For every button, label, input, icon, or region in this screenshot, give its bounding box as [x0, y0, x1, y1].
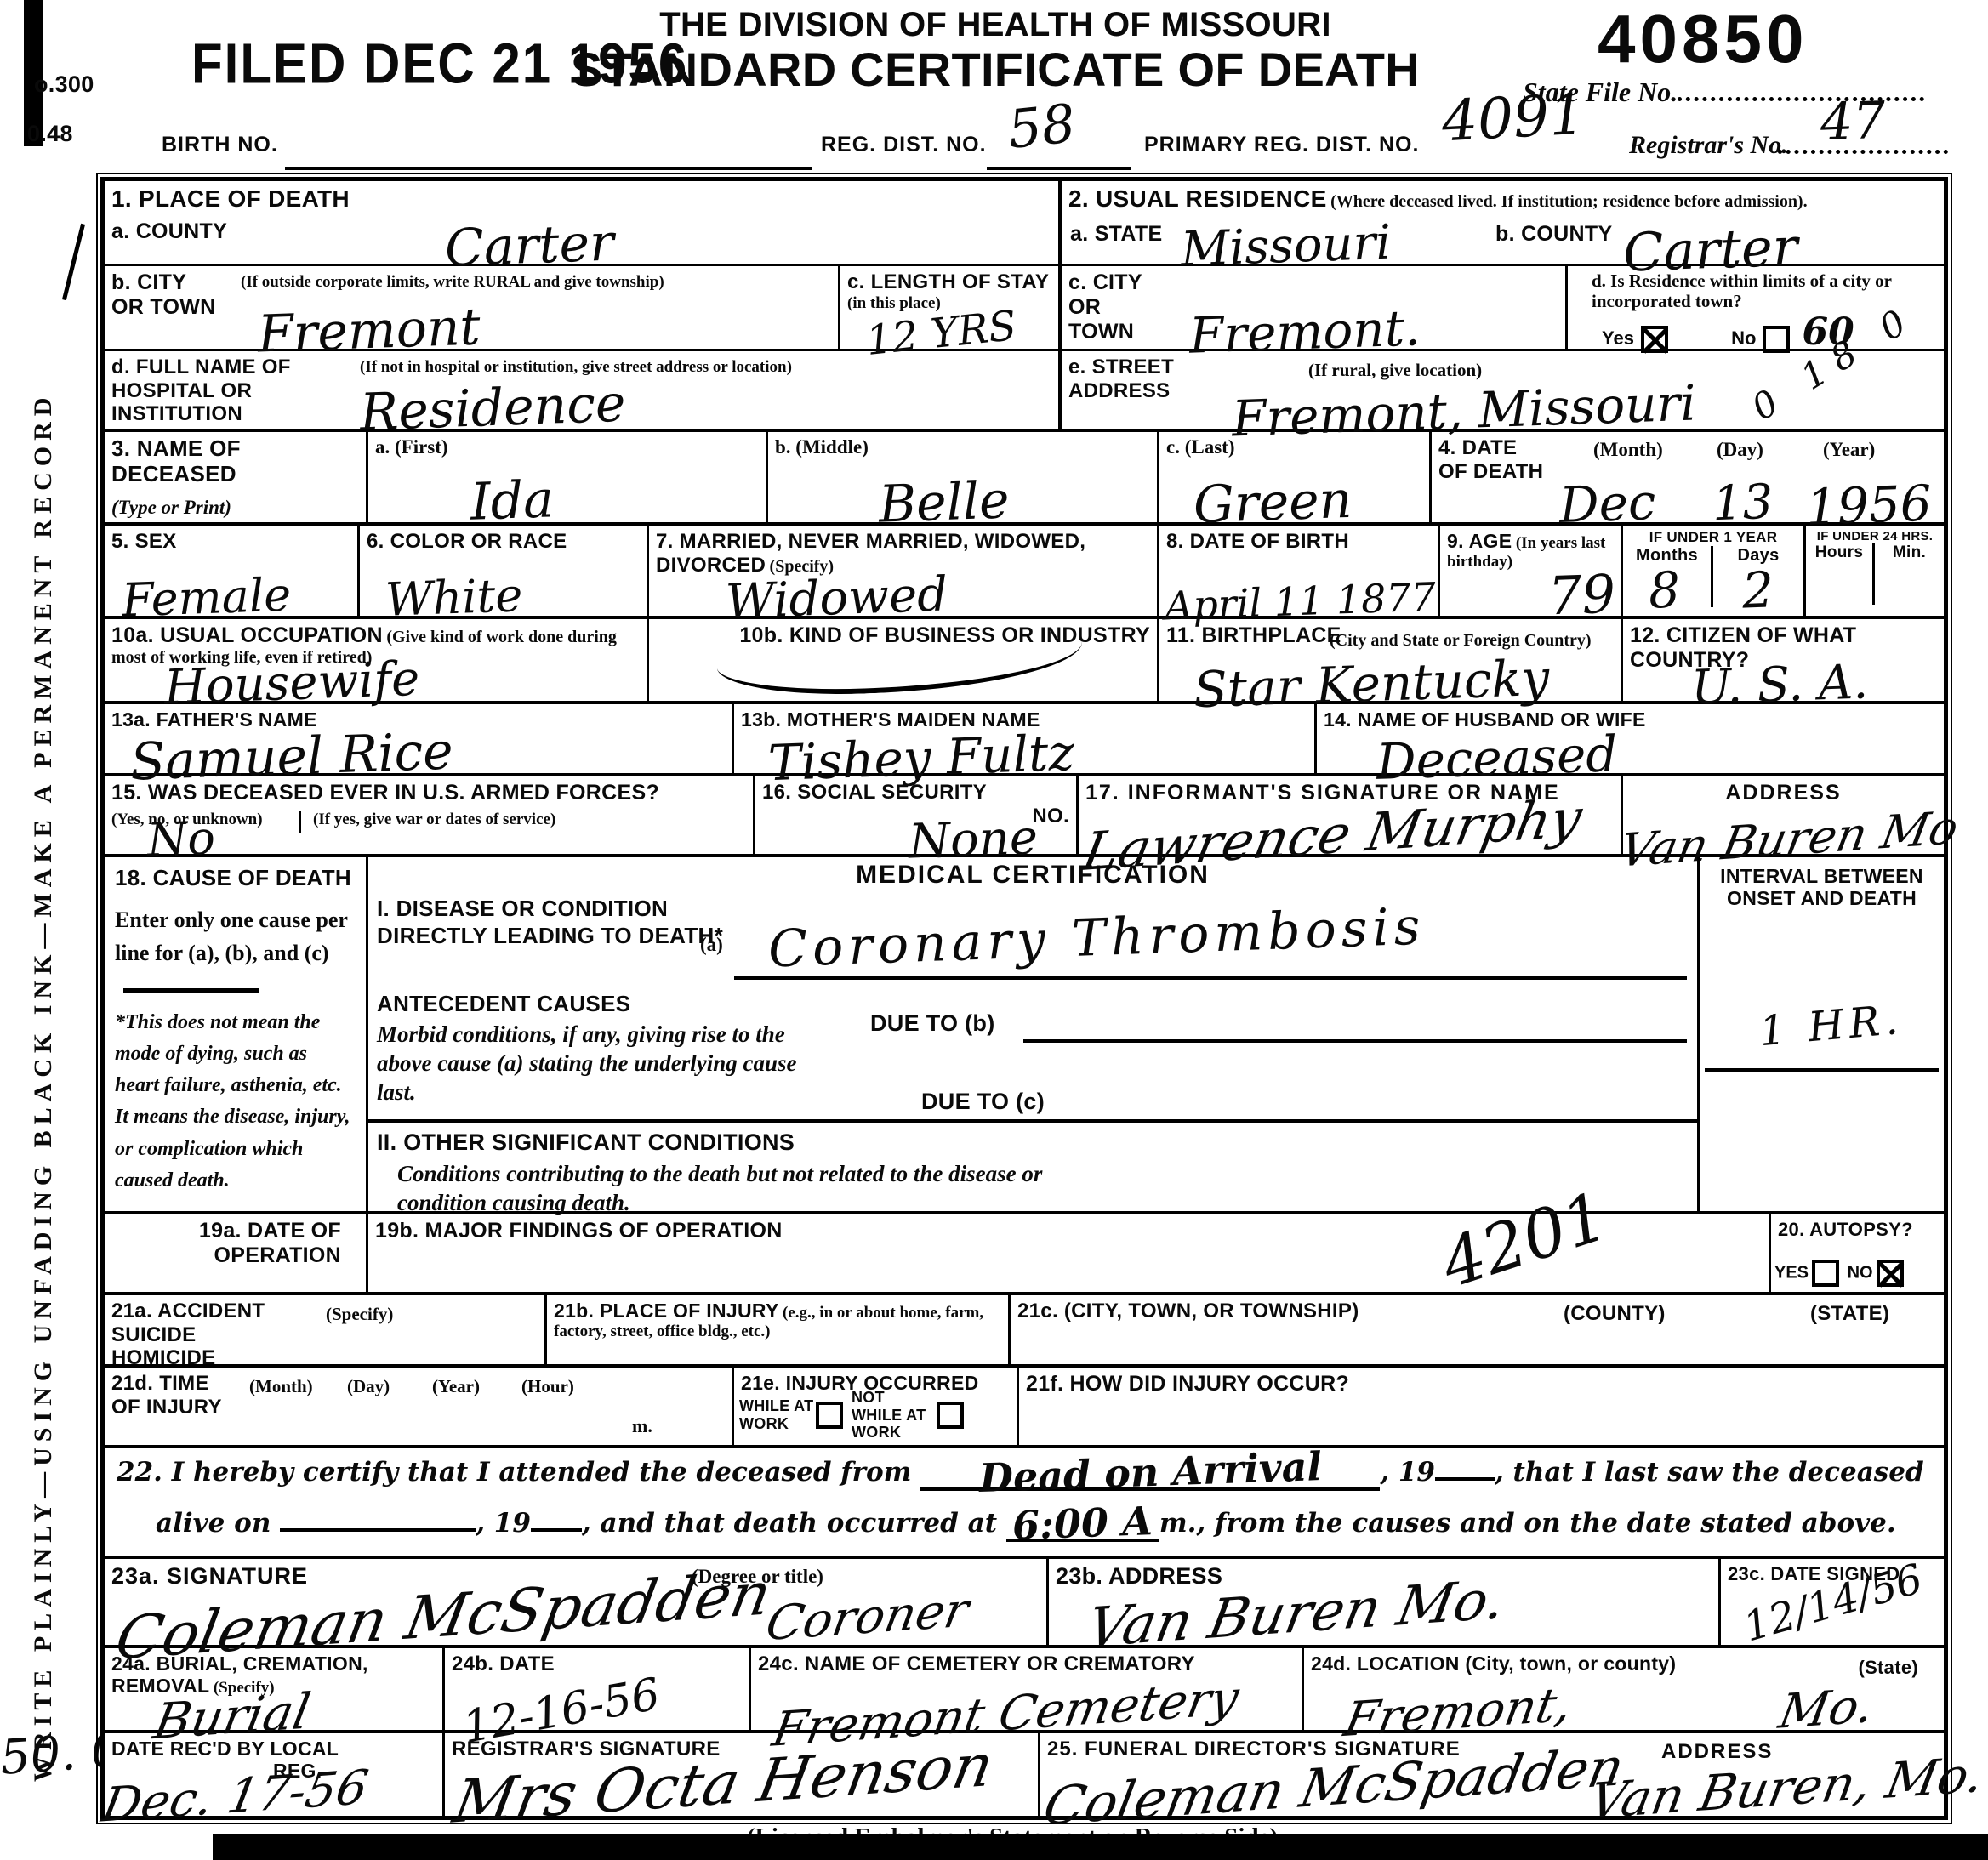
under-24-hrs-header: IF UNDER 24 HRS. — [1806, 526, 1944, 543]
interval-value: 1 HR. — [1757, 996, 1905, 1056]
accident-note: (Specify) — [326, 1304, 393, 1324]
operation-date-cell: 19a. DATE OF OPERA­TION — [105, 1214, 368, 1292]
antecedent-label: ANTECEDENT CAUSES — [377, 992, 630, 1017]
margin-mark-1: o.300 — [34, 71, 94, 98]
cert-line2-pre: alive on — [156, 1508, 271, 1539]
cert-from-blank: Dead on Arrival — [920, 1457, 1380, 1491]
registrar-signature-cell: REGISTRAR'S SIGNATURE Mrs Octa Henson — [445, 1733, 1040, 1816]
armed-forces-divider — [299, 811, 301, 833]
cert-year2-blank — [531, 1528, 582, 1532]
institution-cell: d. FULL NAME OF HOSPITAL OR INSTITUTION … — [105, 351, 1058, 426]
cert-line1-mid: , 19 — [1380, 1457, 1435, 1487]
ssn-label-1: 16. SOCIAL SECURITY — [762, 781, 1069, 805]
limits-no-label: No — [1731, 327, 1756, 349]
usual-residence-title: 2. USUAL RESIDENCE — [1068, 185, 1327, 212]
occupation-cell: 10a. USUAL OCCUPATION (Give kind of work… — [105, 619, 649, 701]
cert-line1-pre: 22. I hereby certify that I attended the… — [117, 1457, 911, 1487]
informant-address-cell: ADDRESS Van Buren Mo — [1623, 776, 1944, 854]
birth-no-blank — [285, 167, 812, 170]
dob-cell: 8. DATE OF BIRTH April 11 1877 — [1159, 526, 1440, 616]
date-received-value: Dec. 17-56 — [98, 1760, 373, 1833]
dod-month-tag: (Month) — [1593, 439, 1663, 461]
row-injury-bottom: 21d. TIME OF INJURY (Month) (Day) (Year)… — [105, 1368, 1944, 1448]
funeral-address-value: Van Buren, Mo. — [1586, 1745, 1988, 1830]
name-title: 3. NAME OF DECEASED — [111, 436, 299, 487]
cert-year1-blank — [1435, 1477, 1495, 1481]
informant-address-label: ADDRESS — [1630, 781, 1937, 805]
place-city-note: (If outside corporate limits, write RURA… — [241, 273, 768, 292]
residence-state-label: a. STATE — [1070, 222, 1162, 247]
reg-dist-blank — [987, 167, 1131, 170]
place-city-cell: b. CITY OR TOWN (If outside corporate li… — [105, 266, 840, 349]
autopsy-label: 20. AUTOPSY? — [1778, 1219, 1937, 1240]
antecedent-note: Morbid conditions, if any, giving rise t… — [377, 1021, 836, 1106]
sex-label: 5. SEX — [111, 530, 350, 554]
primary-reg-dist-label: PRIMARY REG. DIST. NO. — [1144, 133, 1419, 157]
burial-date-cell: 24b. DATE 12-16-56 — [445, 1648, 751, 1730]
row-operation: 19a. DATE OF OPERA­TION 19b. MAJOR FINDI… — [105, 1214, 1944, 1295]
row-place-residence: 1. PLACE OF DEATH a. COUNTY Carter b. CI… — [105, 181, 1944, 432]
disease-value: Coronary Thrombosis — [767, 897, 1427, 980]
interval-label: INTERVAL BETWEEN ONSET AND DEATH — [1706, 865, 1937, 910]
dod-year-tag: (Year) — [1823, 439, 1875, 461]
place-of-injury-cell: 21b. PLACE OF INJURY (e.g., in or about … — [547, 1295, 1011, 1364]
autopsy-yes-checkbox — [1812, 1260, 1839, 1287]
ssn-cell: 16. SOCIAL SECURITY NO. None — [755, 776, 1079, 854]
cause-divider — [368, 1119, 1697, 1123]
death-certificate-page: o.300 0.48 WRITE PLAINLY—USING UNFADING … — [0, 0, 1988, 1860]
hours-label: Hours — [1815, 543, 1863, 561]
under-1-year-header: IF UNDER 1 YEAR — [1623, 526, 1803, 546]
certificate-number: 40850 — [1598, 0, 1808, 78]
first-name-value: Ida — [470, 469, 555, 532]
occupation-label: 10a. USUAL OCCUPATION — [111, 623, 383, 647]
cause-instruction: Enter only one cause per line for (a), (… — [115, 903, 356, 970]
informant-cell: 17. INFORMANT'S SIGNATURE OR NAME Lawren… — [1079, 776, 1623, 854]
autopsy-no-label: NO — [1848, 1263, 1873, 1282]
registrar-no-value: 47 — [1820, 91, 1887, 153]
certification-cell: 22. I hereby certify that I attended the… — [105, 1448, 1944, 1556]
stray-mark — [62, 224, 85, 300]
row-occupation: 10a. USUAL OCCUPATION (Give kind of work… — [105, 619, 1944, 704]
dod-day-tag: (Day) — [1717, 439, 1763, 461]
cert-line2-mid: , 19 — [476, 1508, 531, 1539]
citizen-cell: 12. CITIZEN OF WHAT COUNTRY? U. S. A. — [1623, 619, 1944, 701]
length-of-stay-cell: c. LENGTH OF STAY (in this place) 12 YRS — [840, 266, 1058, 349]
injury-day-tag: (Day) — [347, 1376, 390, 1396]
margin-vertical-instruction: WRITE PLAINLY—USING UNFADING BLACK INK—M… — [29, 200, 58, 1782]
margin-mark-2: 0.48 — [27, 121, 73, 147]
row-cause-of-death: 18. CAUSE OF DEATH Enter only one cause … — [105, 857, 1944, 1214]
injury-county-tag: (COUNTY) — [1564, 1302, 1666, 1326]
name-subtitle: (Type or Print) — [111, 496, 359, 520]
autopsy-cell: 20. AUTOPSY? YES NO — [1771, 1214, 1944, 1292]
other-conditions-note: Conditions contributing to the death but… — [397, 1160, 1061, 1218]
disease-a-tag: (a) — [700, 934, 723, 956]
how-injury-cell: 21f. HOW DID INJURY OCCUR? — [1019, 1368, 1944, 1445]
injury-m-tag: m. — [632, 1415, 652, 1436]
institution-label: d. FULL NAME OF HOSPITAL OR INSTITUTION — [111, 356, 341, 426]
residence-city-cell: c. CITY OR TOWN Fremont. — [1062, 266, 1568, 349]
date-of-death-label: 4. DATE OF DEATH — [1438, 436, 1549, 483]
birthplace-note: (City and State or Foreign Country) — [1330, 631, 1592, 651]
state-file-blank — [1678, 88, 1924, 101]
place-of-injury-label: 21b. PLACE OF INJURY — [554, 1300, 779, 1322]
first-name-label: a. (First) — [375, 436, 759, 458]
reg-dist-value: 58 — [1005, 92, 1078, 161]
armed-forces-cell: 15. WAS DECEASED EVER IN U.S. ARMED FORC… — [105, 776, 755, 854]
reg-dist-label: REG. DIST. NO. — [821, 133, 987, 157]
date-signed-cell: 23c. DATE SIGNED 12/14/56 — [1721, 1559, 1944, 1645]
certificate-title: STANDARD CERTIFICATE OF DEATH — [544, 43, 1446, 97]
row-certification: 22. I hereby certify that I attended the… — [105, 1448, 1944, 1559]
burial-location-cell: 24d. LOCATION (City, town, or county) (S… — [1304, 1648, 1944, 1730]
cert-time-value: 6:00 A — [1012, 1510, 1153, 1538]
registrar-no-label: Registrar's No. — [1629, 129, 1788, 162]
length-of-stay-note: (in this place) — [847, 294, 941, 312]
under-24-hrs-cell: IF UNDER 24 HRS. Hours Min. — [1806, 526, 1944, 616]
cert-line1-post: , that I last saw the deceased — [1495, 1457, 1924, 1487]
operation-date-label: 19a. DATE OF OPERA­TION — [111, 1219, 341, 1268]
limits-yes-checkbox — [1641, 326, 1668, 353]
marital-cell: 7. MARRIED, NEVER MARRIED, WIDOWED, DIVO… — [649, 526, 1159, 616]
not-while-at-work-label: NOT WHILE AT WORK — [852, 1389, 937, 1442]
cert-from-value: Dead on Arrival — [978, 1455, 1322, 1491]
race-label: 6. COLOR OR RACE — [367, 530, 640, 554]
row-name-dod: 3. NAME OF DECEASED (Type or Print) a. (… — [105, 432, 1944, 526]
place-city-label: b. CITY OR TOWN — [111, 270, 222, 320]
row-signature: 23a. SIGNATURE (Degree or title) Coleman… — [105, 1559, 1944, 1648]
injury-city-label: 21c. (CITY, TOWN, OR TOWNSHIP) — [1017, 1300, 1359, 1322]
burial-location-label: 24d. LOCATION (City, town, or county) — [1311, 1652, 1676, 1675]
father-cell: 13a. FATHER'S NAME Samuel Rice — [105, 704, 734, 773]
birth-no-label: BIRTH NO. — [162, 133, 278, 157]
row-registrar: DATE REC'D BY LOCAL REG. Dec. 17-56 REGI… — [105, 1733, 1944, 1816]
disease-label-1: I. DISEASE OR CONDITION — [377, 896, 668, 922]
due-to-c-label: DUE TO (c) — [921, 1089, 1045, 1115]
signature-cell: 23a. SIGNATURE (Degree or title) Coleman… — [105, 1559, 1049, 1645]
last-name-label: c. (Last) — [1166, 436, 1422, 458]
middle-name-label: b. (Middle) — [775, 436, 1150, 458]
sex-value: Female — [121, 568, 292, 628]
race-cell: 6. COLOR OR RACE White — [360, 526, 649, 616]
residence-city-label: c. CITY OR TOWN — [1068, 270, 1162, 344]
due-to-b-label: DUE TO (b) — [870, 1010, 995, 1037]
residence-limits-cell: d. Is Residence within limits of a city … — [1568, 266, 1944, 349]
street-address-note: (If rural, give location) — [1308, 360, 1482, 380]
date-of-death-cell: 4. DATE OF DEATH (Month) (Day) (Year) De… — [1432, 432, 1944, 522]
injury-occurred-options: WHILE AT WORK NOT WHILE AT WORK — [739, 1389, 964, 1442]
residence-county-label: b. COUNTY — [1495, 222, 1612, 247]
while-at-work-label: WHILE AT WORK — [739, 1397, 816, 1432]
row-informant: 15. WAS DECEASED EVER IN U.S. ARMED FORC… — [105, 776, 1944, 857]
autopsy-no-checkbox — [1877, 1260, 1904, 1287]
spouse-label: 14. NAME OF HUSBAND OR WIFE — [1324, 708, 1937, 731]
limits-no-checkbox — [1763, 326, 1790, 353]
registrar-no-blank — [1778, 150, 1948, 154]
injury-state-tag: (STATE) — [1810, 1302, 1889, 1326]
cause-footnote: *This does not mean the mode of dying, s… — [115, 1007, 356, 1197]
row-burial: 24a. BURIAL, CREMA­TION, REMOVAL (Specif… — [105, 1648, 1944, 1733]
row-sex-age: 5. SEX Female 6. COLOR OR RACE White 7. … — [105, 526, 1944, 619]
business-dash-mark — [716, 642, 1084, 699]
injury-occurred-cell: 21e. INJURY OCCURRED WHILE AT WORK NOT W… — [734, 1368, 1019, 1445]
not-while-at-work-checkbox — [937, 1402, 964, 1429]
cert-time-blank: 6:00 A — [1006, 1508, 1159, 1542]
due-to-b-underline — [1023, 1039, 1687, 1043]
street-address-label: e. STREET ADDRESS — [1068, 356, 1205, 402]
cemetery-cell: 24c. NAME OF CEMETERY OR CREMATORY Fremo… — [751, 1648, 1304, 1730]
cause-rule — [123, 988, 259, 993]
other-conditions-label: II. OTHER SIGNIFICANT CONDITIONS — [377, 1129, 795, 1156]
signature-address-cell: 23b. ADDRESS Van Buren Mo. — [1049, 1559, 1721, 1645]
business-cell: 10b. KIND OF BUSINESS OR IN­DUSTRY — [649, 619, 1159, 701]
operation-findings-cell: 19b. MAJOR FINDINGS OF OPERATION 4201 — [368, 1214, 1771, 1292]
funeral-address-label: ADDRESS — [1661, 1740, 1773, 1764]
armed-forces-note2: (If yes, give war or dates of service) — [313, 811, 555, 833]
interval-cell: INTERVAL BETWEEN ONSET AND DEATH 1 HR. — [1700, 857, 1944, 1211]
while-at-work-checkbox — [816, 1402, 843, 1429]
accident-label: 21a. ACCIDENT SUICIDE HOMICIDE — [111, 1300, 299, 1370]
place-of-death-county: 1. PLACE OF DEATH a. COUNTY Carter — [105, 181, 1058, 266]
min-label: Min. — [1893, 543, 1926, 561]
certification-line-1: 22. I hereby certify that I attended the… — [117, 1457, 1932, 1491]
cert-line2-post: m., from the causes and on the date stat… — [1159, 1508, 1896, 1539]
medical-certification-title: MEDICAL CERTIFICATION — [368, 861, 1697, 890]
limits-yes-label: Yes — [1602, 327, 1634, 349]
race-value: White — [384, 568, 523, 627]
cert-alive-blank — [280, 1528, 476, 1532]
injury-hour-tag: (Hour) — [521, 1376, 574, 1396]
injury-year-tag: (Year) — [432, 1376, 480, 1396]
division-title: THE DIVISION OF HEALTH OF MISSOURI — [595, 5, 1395, 44]
middle-name-cell: b. (Middle) Belle — [768, 432, 1159, 522]
certification-line-2: alive on , 19, and that death occurred a… — [156, 1508, 1932, 1542]
spouse-cell: 14. NAME OF HUSBAND OR WIFE Deceased — [1317, 704, 1944, 773]
burial-date-label: 24b. DATE — [452, 1652, 742, 1676]
age-label: 9. AGE — [1447, 530, 1512, 552]
age-value: 79 — [1547, 563, 1616, 628]
birthplace-cell: 11. BIRTHPLACE (City and State or Foreig… — [1159, 619, 1623, 701]
time-of-injury-cell: 21d. TIME OF INJURY (Month) (Day) (Year)… — [105, 1368, 734, 1445]
name-title-cell: 3. NAME OF DECEASED (Type or Print) — [105, 432, 368, 522]
burial-state-value: Mo. — [1774, 1678, 1877, 1739]
length-of-stay-label: c. LENGTH OF STAY — [847, 270, 1049, 293]
residence-limits-label: d. Is Residence within limits of a city … — [1592, 270, 1932, 311]
funeral-director-cell: 25. FUNERAL DIRECTOR'S SIGNATURE ADDRESS… — [1040, 1733, 1944, 1816]
death-certificate-form: 1. PLACE OF DEATH a. COUNTY Carter b. CI… — [100, 177, 1948, 1820]
date-received-cell: DATE REC'D BY LOCAL REG. Dec. 17-56 — [105, 1733, 445, 1816]
disease-underline — [734, 976, 1687, 980]
autopsy-options: YES NO — [1774, 1260, 1904, 1287]
medical-certification-cell: MEDICAL CERTIFICATION I. DISEASE OR COND… — [368, 857, 1700, 1211]
cert-line2-at: , and that death occurred at — [582, 1508, 997, 1539]
residence-state-county-cell: 2. USUAL RESIDENCE (Where deceased lived… — [1062, 181, 1944, 266]
time-of-injury-label: 21d. TIME OF INJURY — [111, 1372, 222, 1419]
days-value: 2 — [1741, 560, 1774, 619]
mother-cell: 13b. MOTHER'S MAIDEN NAME Tishey Fultz — [734, 704, 1317, 773]
usual-residence-note: (Where deceased lived. If institution; r… — [1330, 192, 1808, 211]
first-name-cell: a. (First) Ida — [368, 432, 768, 522]
disease-label-2: DIRECTLY LEADING TO DEATH* — [377, 924, 723, 949]
accident-cell: 21a. ACCIDENT SUICIDE HOMICIDE (Specify) — [105, 1295, 547, 1364]
last-name-cell: c. (Last) Green — [1159, 432, 1432, 522]
dod-day-value: 13 — [1712, 475, 1774, 532]
row-injury-top: 21a. ACCIDENT SUICIDE HOMICIDE (Specify)… — [105, 1295, 1944, 1368]
injury-location-cell: 21c. (CITY, TOWN, OR TOWNSHIP) (COUNTY) … — [1011, 1295, 1944, 1364]
how-injury-label: 21f. HOW DID INJURY OCCUR? — [1026, 1372, 1937, 1396]
cause-of-death-label: 18. CAUSE OF DEATH — [115, 866, 356, 891]
sex-cell: 5. SEX Female — [105, 526, 360, 616]
institution-note: (If not in hospital or institution, give… — [360, 358, 1032, 377]
scan-bottom-bar — [213, 1834, 1988, 1860]
date-received-label-1: DATE REC'D BY LOCAL — [111, 1738, 436, 1760]
degree-value: Coroner — [761, 1583, 972, 1652]
burial-state-tag: (State) — [1858, 1657, 1918, 1678]
dob-label: 8. DATE OF BIRTH — [1166, 530, 1431, 554]
place-of-death-title: 1. PLACE OF DEATH — [111, 185, 1051, 213]
autopsy-yes-label: YES — [1774, 1263, 1809, 1282]
row-parents: 13a. FATHER'S NAME Samuel Rice 13b. MOTH… — [105, 704, 1944, 776]
months-value: 8 — [1648, 560, 1681, 619]
cause-sidebar: 18. CAUSE OF DEATH Enter only one cause … — [105, 857, 368, 1211]
injury-month-tag: (Month) — [249, 1376, 313, 1396]
age-cell: 9. AGE (In years last birthday) 79 — [1440, 526, 1623, 616]
primary-reg-dist-value: 4091 — [1440, 82, 1586, 155]
under-1-year-cell: IF UNDER 1 YEAR Months 8 Days 2 — [1623, 526, 1806, 616]
armed-forces-label: 15. WAS DECEASED EVER IN U.S. ARMED FORC… — [111, 781, 746, 805]
interval-underline — [1705, 1068, 1939, 1072]
burial-type-cell: 24a. BURIAL, CREMA­TION, REMOVAL (Specif… — [105, 1648, 445, 1730]
